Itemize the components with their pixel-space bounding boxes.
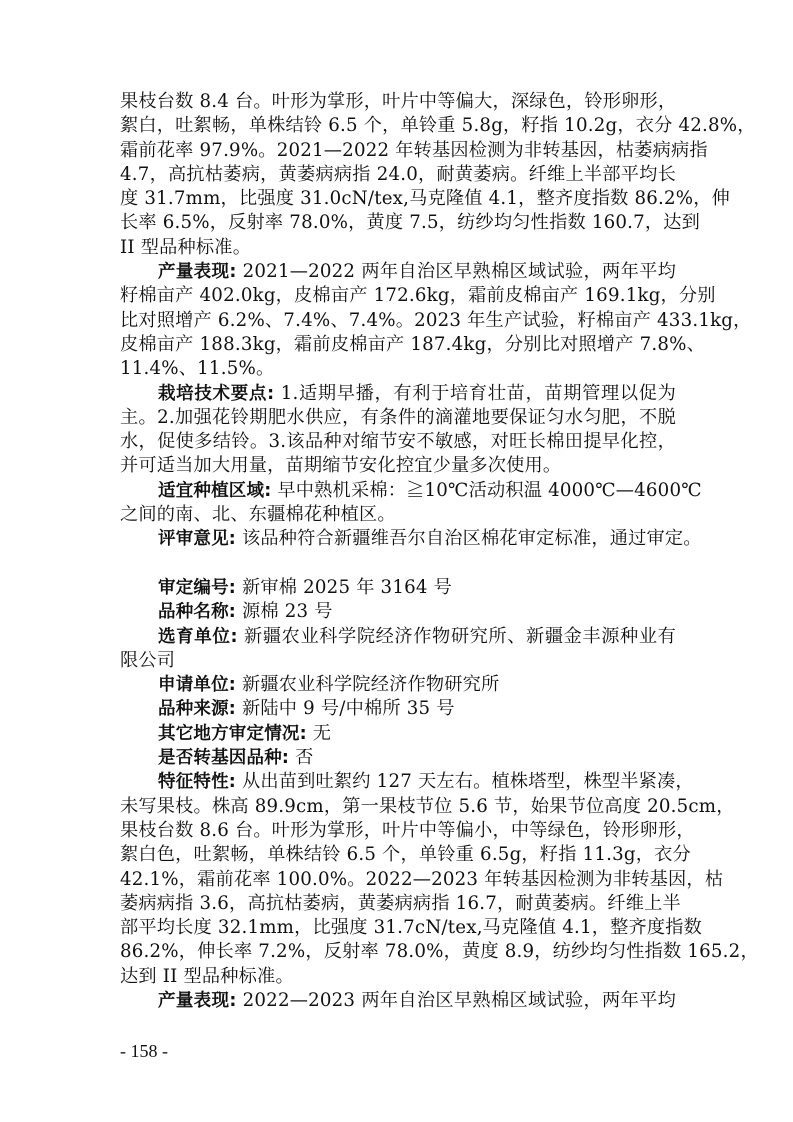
transgenic-value: 否 — [289, 747, 313, 768]
text-line: 比对照增产 6.2%、7.4%、7.4%。2023 年生产试验，籽棉亩产 433… — [120, 309, 676, 333]
text-line: 11.4%、11.5%。 — [120, 357, 676, 381]
transgenic-label: 是否转基因品种: — [158, 748, 289, 768]
transgenic-row: 是否转基因品种: 否 — [120, 746, 676, 770]
breeder-value: 新疆农业科学院经济作物研究所、新疆金丰源种业有 — [238, 626, 676, 647]
document-page: 果枝台数 8.4 台。叶形为掌形，叶片中等偏大，深绿色，铃形卵形， 絮白，吐絮畅… — [120, 90, 676, 1013]
approval-number-label: 审定编号: — [158, 578, 236, 598]
yield-label: 产量表现: — [158, 262, 237, 282]
review-section: 评审意见: 该品种符合新疆维吾尔自治区棉花审定标准，通过审定。 — [120, 527, 676, 551]
characteristics-continued: 果枝台数 8.4 台。叶形为掌形，叶片中等偏大，深绿色，铃形卵形， 絮白，吐絮畅… — [120, 90, 676, 260]
source-label: 品种来源: — [158, 699, 236, 719]
text-line: 度 31.7mm，比强度 31.0cN/tex,马克隆值 4.1，整齐度指数 8… — [120, 187, 676, 211]
characteristics-label: 特征特性: — [158, 772, 236, 792]
cultivation-text: 1.适期早播，有利于培育壮苗，苗期管理以促为 — [274, 383, 676, 404]
text-line: 絮白，吐絮畅，单株结铃 6.5 个，单铃重 5.8g，籽指 10.2g，衣分 4… — [120, 114, 676, 138]
text-line: 86.2%，伸长率 7.2%，反射率 78.0%，黄度 8.9，纺纱均匀性指数 … — [120, 940, 676, 964]
text-line: 42.1%，霜前花率 100.0%。2022—2023 年转基因检测为非转基因，… — [120, 868, 676, 892]
text-line: 水，促使多结铃。3.该品种对缩节安不敏感，对旺长棉田提早化控， — [120, 430, 676, 454]
text-line: 絮白色，吐絮畅，单株结铃 6.5 个，单铃重 6.5g，籽指 11.3g，衣分 — [120, 843, 676, 867]
review-text: 该品种符合新疆维吾尔自治区棉花审定标准，通过审定。 — [236, 528, 702, 549]
text-line: 产量表现: 2022—2023 两年自治区早熟棉区域试验，两年平均 — [120, 989, 676, 1013]
text-line: 特征特性: 从出苗到吐絮约 127 天左右。植株塔型，株型半紧凑， — [120, 770, 676, 794]
text-line: 部平均长度 32.1mm，比强度 31.7cN/tex,马克隆值 4.1，整齐度… — [120, 916, 676, 940]
region-text: 早中熟机采棉：≧10℃活动积温 4000℃—4600℃ — [271, 480, 701, 501]
text-line: 栽培技术要点: 1.适期早播，有利于培育壮苗，苗期管理以促为 — [120, 382, 676, 406]
approval-number-row: 审定编号: 新审棉 2025 年 3164 号 — [120, 576, 676, 600]
text-line: 籽棉亩产 402.0kg，皮棉亩产 172.6kg，霜前皮棉亩产 169.1kg… — [120, 284, 676, 308]
applicant-label: 申请单位: — [158, 675, 236, 695]
source-row: 品种来源: 新陆中 9 号/中棉所 35 号 — [120, 697, 676, 721]
region-section: 适宜种植区域: 早中熟机采棉：≧10℃活动积温 4000℃—4600℃ 之间的南… — [120, 479, 676, 528]
text-line: 霜前花率 97.9%。2021—2022 年转基因检测为非转基因，枯萎病病指 — [120, 139, 676, 163]
text-line: 评审意见: 该品种符合新疆维吾尔自治区棉花审定标准，通过审定。 — [120, 527, 676, 551]
text-line: 主。2.加强花铃期肥水供应，有条件的滴灌地要保证匀水匀肥，不脱 — [120, 406, 676, 430]
variety-name-label: 品种名称: — [158, 602, 236, 622]
yield-text: 2021—2022 两年自治区早熟棉区域试验，两年平均 — [237, 261, 676, 282]
text-line: 并可适当加大用量，苗期缩节安化控宜少量多次使用。 — [120, 454, 676, 478]
text-line: 4.7，高抗枯萎病，黄萎病病指 24.0，耐黄萎病。纤维上半部平均长 — [120, 163, 676, 187]
applicant-row: 申请单位: 新疆农业科学院经济作物研究所 — [120, 673, 676, 697]
spacer — [120, 552, 676, 576]
text-line: 适宜种植区域: 早中熟机采棉：≧10℃活动积温 4000℃—4600℃ — [120, 479, 676, 503]
text-line: 皮棉亩产 188.3kg，霜前皮棉亩产 187.4kg，分别比对照增产 7.8%… — [120, 333, 676, 357]
region-label: 适宜种植区域: — [158, 481, 271, 501]
variety-entry: 审定编号: 新审棉 2025 年 3164 号 品种名称: 源棉 23 号 选育… — [120, 576, 676, 1013]
breeder-label: 选育单位: — [158, 627, 238, 647]
text-line: II 型品种标准。 — [120, 236, 676, 260]
text-line: 之间的南、北、东疆棉花种植区。 — [120, 503, 676, 527]
text-line: 长率 6.5%，反射率 78.0%，黄度 7.5，纺纱均匀性指数 160.7，达… — [120, 211, 676, 235]
other-approvals-label: 其它地方审定情况: — [158, 724, 307, 744]
cultivation-label: 栽培技术要点: — [158, 384, 274, 404]
characteristics-section: 特征特性: 从出苗到吐絮约 127 天左右。植株塔型，株型半紧凑， 未写果枝。株… — [120, 770, 676, 989]
text-line: 产量表现: 2021—2022 两年自治区早熟棉区域试验，两年平均 — [120, 260, 676, 284]
text-line: 果枝台数 8.6 台。叶形为掌形，叶片中等偏小，中等绿色，铃形卵形， — [120, 819, 676, 843]
variety-name-row: 品种名称: 源棉 23 号 — [120, 600, 676, 624]
yield-section-2: 产量表现: 2022—2023 两年自治区早熟棉区域试验，两年平均 — [120, 989, 676, 1013]
yield-label: 产量表现: — [158, 991, 237, 1011]
cultivation-section: 栽培技术要点: 1.适期早播，有利于培育壮苗，苗期管理以促为 主。2.加强花铃期… — [120, 382, 676, 479]
text-line: 萎病病指 3.6，高抗枯萎病，黄萎病病指 16.7，耐黄萎病。纤维上半 — [120, 892, 676, 916]
text-line: 未写果枝。株高 89.9cm，第一果枝节位 5.6 节，始果节位高度 20.5c… — [120, 795, 676, 819]
review-label: 评审意见: — [158, 529, 236, 549]
yield-section-1: 产量表现: 2021—2022 两年自治区早熟棉区域试验，两年平均 籽棉亩产 4… — [120, 260, 676, 381]
breeder-row: 选育单位: 新疆农业科学院经济作物研究所、新疆金丰源种业有 — [120, 625, 676, 649]
yield-text: 2022—2023 两年自治区早熟棉区域试验，两年平均 — [237, 990, 676, 1011]
applicant-value: 新疆农业科学院经济作物研究所 — [236, 674, 499, 695]
characteristics-text: 从出苗到吐絮约 127 天左右。植株塔型，株型半紧凑， — [236, 771, 694, 792]
text-line: 限公司 — [120, 649, 676, 673]
page-number: - 158 - — [120, 1041, 168, 1062]
text-line: 达到 II 型品种标准。 — [120, 965, 676, 989]
text-line: 果枝台数 8.4 台。叶形为掌形，叶片中等偏大，深绿色，铃形卵形， — [120, 90, 676, 114]
other-approvals-row: 其它地方审定情况: 无 — [120, 722, 676, 746]
approval-number-value: 新审棉 2025 年 3164 号 — [236, 577, 452, 598]
variety-name-value: 源棉 23 号 — [236, 601, 333, 622]
other-approvals-value: 无 — [307, 723, 331, 744]
source-value: 新陆中 9 号/中棉所 35 号 — [236, 698, 455, 719]
